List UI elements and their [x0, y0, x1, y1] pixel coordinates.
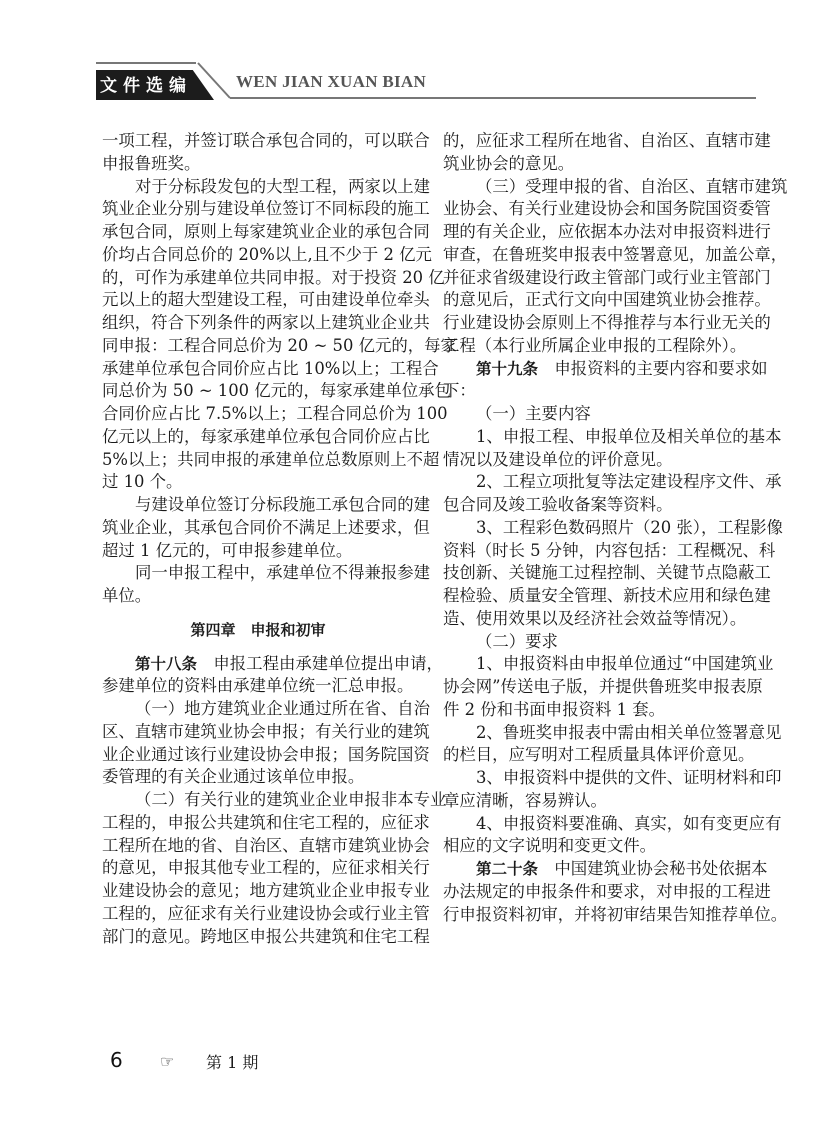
text-line: （二）有关行业的建筑业企业申报非本专业 [102, 789, 414, 812]
chapter-heading: 第四章 申报和初审 [102, 619, 414, 642]
text-line: 参建单位的资料由承建单位统一汇总申报。 [102, 675, 414, 698]
text-line: 办法规定的申报条件和要求，对申报的工程进 [443, 881, 753, 904]
text-line: 同申报：工程合同总价为 20 ~ 50 亿元的，每家 [102, 335, 414, 358]
text-line: 章应清晰，容易辨认。 [443, 790, 753, 813]
text-line: 与建设单位签订分标段施工承包合同的建 [102, 494, 414, 517]
text-line: （三）受理申报的省、自治区、直辖市建筑 [443, 176, 753, 199]
text-line: （一）主要内容 [443, 403, 753, 426]
text-line: 一项工程，并签订联合承包合同的，可以联合 [102, 130, 414, 153]
text-line: 1、申报资料由申报单位通过“中国建筑业 [443, 653, 753, 676]
text-line: 承包合同，原则上每家建筑业企业的承包合同 [102, 221, 414, 244]
text-line: 协会网”传送电子版，并提供鲁班奖申报表原 [443, 676, 753, 699]
pointing-hand-icon: ☞ [160, 1052, 174, 1071]
article-18-line: 第十八条 申报工程由承建单位提出申请， [102, 653, 414, 676]
text-line: 对于分标段发包的大型工程，两家以上建 [102, 176, 414, 199]
text-line: 资料（时长 5 分钟，内容包括：工程概况、科 [443, 540, 753, 563]
text-line: 理的有关企业，应依据本办法对申报资料进行 [443, 221, 753, 244]
text-line: 超过 1 亿元的，可申报参建单位。 [102, 540, 414, 563]
text-line: 筑业协会的意见。 [443, 153, 753, 176]
text-line: 业协会、有关行业建设协会和国务院国资委管 [443, 198, 753, 221]
text-line: 过 10 个。 [102, 471, 414, 494]
article-19-label: 第十九条 [476, 360, 538, 378]
text-line: 工程的，申报公共建筑和住宅工程的，应征求 [102, 812, 414, 835]
text-line: 造、使用效果以及经济社会效益等情况）。 [443, 608, 753, 631]
text-line: 程检验、质量安全管理、新技术应用和绿色建 [443, 585, 753, 608]
text-line: 委管理的有关企业通过该单位申报。 [102, 766, 414, 789]
right-column: 的，应征求工程所在地省、自治区、直辖市建 筑业协会的意见。 （三）受理申报的省、… [443, 130, 753, 926]
text-line: 的意见后，正式行文向中国建筑业协会推荐。 [443, 289, 753, 312]
text-line: 行申报资料初审，并将初审结果告知推荐单位。 [443, 904, 753, 927]
text-line: 的，应征求工程所在地省、自治区、直辖市建 [443, 130, 753, 153]
text-line: 部门的意见。跨地区申报公共建筑和住宅工程 [102, 926, 414, 949]
text-line: 下： [443, 380, 753, 403]
text-line: 筑业企业分别与建设单位签订不同标段的施工 [102, 198, 414, 221]
text-line: （一）地方建筑业企业通过所在省、自治 [102, 698, 414, 721]
text-line: 组织，符合下列条件的两家以上建筑业企业共 [102, 312, 414, 335]
text-line: 筑业企业，其承包合同价不满足上述要求，但 [102, 517, 414, 540]
text-line: 元以上的超大型建设工程，可由建设单位牵头 [102, 289, 414, 312]
article-19-line: 第十九条 申报资料的主要内容和要求如 [443, 358, 753, 381]
text-line: 工程（本行业所属企业申报的工程除外）。 [443, 335, 753, 358]
text-line: 申报鲁班奖。 [102, 153, 414, 176]
text-line: 工程所在地的省、自治区、直辖市建筑业协会 [102, 835, 414, 858]
text-line: 同一申报工程中，承建单位不得兼报参建 [102, 562, 414, 585]
text-line: 承建单位承包合同价应占比 10%以上；工程合 [102, 358, 414, 381]
text-line: 相应的文字说明和变更文件。 [443, 835, 753, 858]
left-column: 一项工程，并签订联合承包合同的，可以联合 申报鲁班奖。 对于分标段发包的大型工程… [102, 130, 414, 948]
text-line: 包合同及竣工验收备案等资料。 [443, 494, 753, 517]
text-line: 件 2 份和书面申报资料 1 套。 [443, 699, 753, 722]
text-line: 5%以上；共同申报的承建单位总数原则上不超 [102, 449, 414, 472]
header-slant-rule [196, 62, 232, 100]
article-20-text: 中国建筑业协会秘书处依据本 [554, 859, 767, 878]
header-bottom-rule [230, 97, 756, 99]
spacer [102, 608, 414, 619]
text-line: 2、工程立项批复等法定建设程序文件、承 [443, 471, 753, 494]
text-line: 2、鲁班奖申报表中需由相关单位签署意见 [443, 722, 753, 745]
text-line: 合同价应占比 7.5%以上；工程合同总价为 100 [102, 403, 414, 426]
section-header: 文件选编 WEN JIAN XUAN BIAN [96, 60, 756, 100]
text-line: 业建设协会的意见；地方建筑业企业申报专业 [102, 880, 414, 903]
spacer [102, 642, 414, 653]
article-20-label: 第二十条 [476, 860, 538, 878]
header-top-rule [96, 62, 196, 64]
text-line: 区、直辖市建筑业协会申报；有关行业的建筑 [102, 721, 414, 744]
text-line: 3、申报资料中提供的文件、证明材料和印 [443, 767, 753, 790]
text-line: 4、申报资料要准确、真实，如有变更应有 [443, 813, 753, 836]
section-label-en: WEN JIAN XUAN BIAN [236, 72, 426, 92]
text-line: 单位。 [102, 585, 414, 608]
text-line: 的，可作为承建单位共同申报。对于投资 20 亿 [102, 267, 414, 290]
text-line: 1、申报工程、申报单位及相关单位的基本 [443, 426, 753, 449]
text-line: 的栏目，应写明对工程质量具体评价意见。 [443, 744, 753, 767]
text-line: 3、工程彩色数码照片（20 张），工程影像 [443, 517, 753, 540]
issue-label: 第 1 期 [206, 1050, 258, 1073]
article-18-text: 申报工程由承建单位提出申请， [213, 654, 442, 673]
section-label-cn: 文件选编 [100, 73, 200, 99]
article-19-text: 申报资料的主要内容和要求如 [554, 359, 767, 378]
text-line: （二）要求 [443, 631, 753, 654]
text-line: 并征求省级建设行政主管部门或行业主管部门 [443, 267, 753, 290]
text-line: 行业建设协会原则上不得推荐与本行业无关的 [443, 312, 753, 335]
text-line: 技创新、关键施工过程控制、关键节点隐蔽工 [443, 562, 753, 585]
text-line: 审查，在鲁班奖申报表中签署意见，加盖公章， [443, 244, 753, 267]
text-line: 工程的，应征求有关行业建设协会或行业主管 [102, 903, 414, 926]
text-line: 的意见，申报其他专业工程的，应征求相关行 [102, 857, 414, 880]
page-number: 6 [110, 1048, 123, 1072]
text-line: 情况以及建设单位的评价意见。 [443, 449, 753, 472]
text-line: 业企业通过该行业建设协会申报；国务院国资 [102, 744, 414, 767]
text-line: 亿元以上的，每家承建单位承包合同价应占比 [102, 426, 414, 449]
text-line: 价均占合同总价的 20%以上,且不少于 2 亿元 [102, 244, 414, 267]
article-20-line: 第二十条 中国建筑业协会秘书处依据本 [443, 858, 753, 881]
article-18-label: 第十八条 [135, 655, 197, 673]
text-line: 同总价为 50 ~ 100 亿元的，每家承建单位承包 [102, 380, 414, 403]
